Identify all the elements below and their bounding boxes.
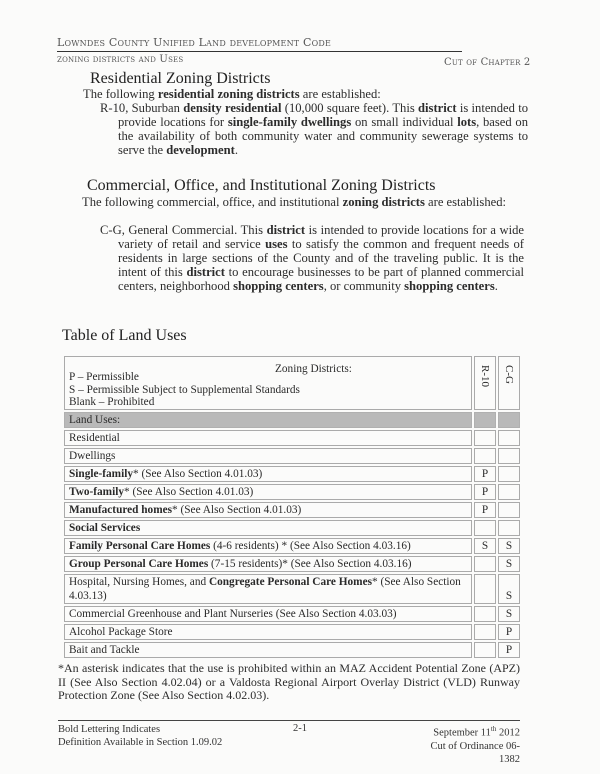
- table-row: Manufactured homes* (See Also Section 4.…: [64, 502, 520, 518]
- section-title: zoning districts and Uses: [57, 54, 183, 65]
- text: Alcohol Package Store: [69, 626, 173, 638]
- text: * (See Also Section 4.01.03): [124, 486, 253, 498]
- text: are established:: [300, 87, 381, 101]
- land-use-label: Dwellings: [64, 448, 472, 464]
- table-row: Social Services: [64, 520, 520, 536]
- commercial-intro: The following commercial, office, and in…: [82, 195, 525, 209]
- text: on small individual: [351, 115, 457, 129]
- table-row: Group Personal Care Homes (7-15 resident…: [64, 556, 520, 572]
- table-row: Family Personal Care Homes (4-6 resident…: [64, 538, 520, 554]
- table-row: Commercial Greenhouse and Plant Nurserie…: [64, 606, 520, 622]
- land-use-label: Two-family* (See Also Section 4.01.03): [64, 484, 472, 500]
- cg-description: C-G, General Commercial. This district i…: [118, 223, 524, 293]
- defined-term: density residential: [183, 101, 281, 115]
- r10-value: [474, 606, 496, 622]
- defined-term: Group Personal Care Homes: [69, 558, 208, 570]
- r10-value: [474, 556, 496, 572]
- footer-date-block: September 11th 2012 Cut of Ordinance 06-…: [420, 723, 520, 766]
- cg-value: S: [498, 556, 520, 572]
- cg-value: P: [498, 642, 520, 658]
- text: .: [235, 143, 238, 157]
- defined-term: lots: [457, 115, 476, 129]
- r10-value: [474, 448, 496, 464]
- table-row: Single-family* (See Also Section 4.01.03…: [64, 466, 520, 482]
- residential-heading: Residential Zoning Districts: [90, 70, 270, 88]
- text: , or community: [324, 279, 404, 293]
- asterisk-footnote: *An asterisk indicates that the use is p…: [58, 662, 520, 703]
- footer-bold-note: Bold Lettering Indicates Definition Avai…: [58, 723, 222, 749]
- commercial-heading: Commercial, Office, and Institutional Zo…: [87, 177, 436, 195]
- document-title: Lowndes County Unified Land development …: [57, 36, 331, 49]
- ordinance-number: Cut of Ordinance 06-1382: [420, 740, 520, 766]
- defined-term: district: [418, 101, 456, 115]
- cg-value: [498, 448, 520, 464]
- text: R-10, Suburban: [100, 101, 183, 115]
- text: The following: [83, 87, 158, 101]
- text: are established:: [425, 195, 506, 209]
- land-use-label: Bait and Tackle: [64, 642, 472, 658]
- chapter-label: Cut of Chapter 2: [444, 57, 530, 68]
- table-row: Two-family* (See Also Section 4.01.03)P: [64, 484, 520, 500]
- text: Dwellings: [69, 450, 115, 462]
- defined-term: uses: [265, 237, 287, 251]
- cg-value: [498, 466, 520, 482]
- r10-value: S: [474, 538, 496, 554]
- text: C-G, General Commercial. This: [100, 223, 267, 237]
- defined-term: shopping centers: [233, 279, 324, 293]
- r10-value: P: [474, 466, 496, 482]
- text: Bait and Tackle: [69, 644, 140, 656]
- land-use-label: Residential: [64, 430, 472, 446]
- land-use-table: Zoning Districts: P – Permissible S – Pe…: [62, 354, 522, 660]
- footer-note-line2: Definition Available in Section 1.09.02: [58, 736, 222, 749]
- text: (7-15 residents)* (See Also Section 4.03…: [208, 558, 411, 570]
- table-row: Alcohol Package StoreP: [64, 624, 520, 640]
- text: (10,000 square feet). This: [281, 101, 418, 115]
- legend-permissible: P – Permissible: [69, 371, 300, 384]
- table-header-row: Zoning Districts: P – Permissible S – Pe…: [64, 356, 520, 410]
- text: Hospital, Nursing Homes, and: [69, 576, 209, 588]
- column-header-cg: C-G: [498, 356, 520, 410]
- legend-cell: Zoning Districts: P – Permissible S – Pe…: [64, 356, 472, 410]
- r10-value: [474, 574, 496, 604]
- defined-term: development: [166, 143, 235, 157]
- legend-supplemental: S – Permissible Subject to Supplemental …: [69, 384, 300, 397]
- defined-term: Manufactured homes: [69, 504, 172, 516]
- land-uses-label: Land Uses:: [64, 412, 472, 428]
- cg-value: [498, 484, 520, 500]
- cg-value: S: [498, 574, 520, 604]
- cg-value: P: [498, 624, 520, 640]
- cg-value: [498, 430, 520, 446]
- r10-value: [474, 624, 496, 640]
- cg-value: [498, 520, 520, 536]
- table-row: Hospital, Nursing Homes, and Congregate …: [64, 574, 520, 604]
- defined-term: district: [186, 265, 224, 279]
- header-rule: [57, 51, 462, 52]
- text: * (See Also Section 4.01.03): [172, 504, 301, 516]
- revision-date: September 11th 2012: [420, 723, 520, 740]
- date-year: 2012: [496, 728, 520, 739]
- footer-rule: [58, 720, 520, 721]
- land-use-label: Hospital, Nursing Homes, and Congregate …: [64, 574, 472, 604]
- empty-cell: [498, 412, 520, 428]
- land-uses-section-row: Land Uses:: [64, 412, 520, 428]
- r10-value: [474, 642, 496, 658]
- defined-term: district: [267, 223, 305, 237]
- column-label: C-G: [502, 365, 516, 384]
- defined-term: single-family dwellings: [228, 115, 351, 129]
- r10-value: P: [474, 484, 496, 500]
- text: * (See Also Section 4.01.03): [133, 468, 262, 480]
- text: .: [495, 279, 498, 293]
- r10-value: P: [474, 502, 496, 518]
- table-title: Table of Land Uses: [62, 327, 187, 345]
- empty-cell: [474, 412, 496, 428]
- cg-value: [498, 502, 520, 518]
- land-use-label: Family Personal Care Homes (4-6 resident…: [64, 538, 472, 554]
- column-label: R-10: [478, 365, 492, 387]
- land-use-label: Manufactured homes* (See Also Section 4.…: [64, 502, 472, 518]
- page-number: 2-1: [293, 723, 307, 734]
- cg-value: S: [498, 538, 520, 554]
- cg-value: S: [498, 606, 520, 622]
- legend-prohibited: Blank – Prohibited: [69, 396, 300, 409]
- r10-value: [474, 430, 496, 446]
- table-row: Residential: [64, 430, 520, 446]
- text: Commercial Greenhouse and Plant Nurserie…: [69, 608, 397, 620]
- land-use-label: Alcohol Package Store: [64, 624, 472, 640]
- r10-description: R-10, Suburban density residential (10,0…: [118, 101, 528, 157]
- text: The following commercial, office, and in…: [82, 195, 343, 209]
- footer-note-line1: Bold Lettering Indicates: [58, 723, 222, 736]
- r10-value: [474, 520, 496, 536]
- land-use-label: Commercial Greenhouse and Plant Nurserie…: [64, 606, 472, 622]
- text: (4-6 residents) * (See Also Section 4.03…: [210, 540, 411, 552]
- land-use-label: Social Services: [64, 520, 472, 536]
- defined-term: shopping centers: [404, 279, 495, 293]
- land-use-label: Group Personal Care Homes (7-15 resident…: [64, 556, 472, 572]
- column-header-r10: R-10: [474, 356, 496, 410]
- text: Residential: [69, 432, 120, 444]
- defined-term: residential zoning districts: [158, 87, 300, 101]
- legend: P – Permissible S – Permissible Subject …: [69, 371, 300, 409]
- defined-term: Family Personal Care Homes: [69, 540, 210, 552]
- defined-term: Social Services: [69, 522, 140, 534]
- date-text: September 11: [433, 728, 491, 739]
- defined-term: zoning districts: [343, 195, 425, 209]
- land-use-label: Single-family* (See Also Section 4.01.03…: [64, 466, 472, 482]
- defined-term: Two-family: [69, 486, 124, 498]
- defined-term: Single-family: [69, 468, 133, 480]
- table-row: Bait and TackleP: [64, 642, 520, 658]
- defined-term: Congregate Personal Care Homes: [209, 576, 372, 588]
- table-row: Dwellings: [64, 448, 520, 464]
- residential-intro: The following residential zoning distric…: [83, 87, 523, 101]
